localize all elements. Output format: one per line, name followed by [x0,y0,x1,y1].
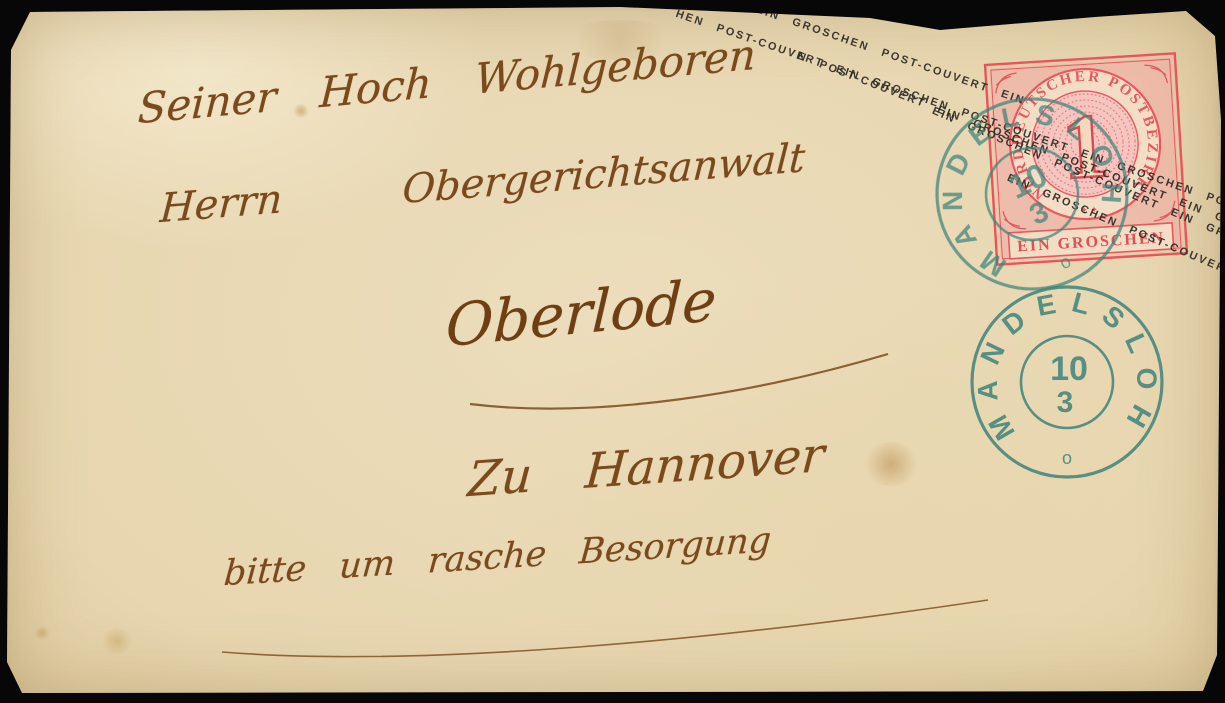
envelope: 1 NORDDEUTSCHER POSTBEZIRK ✦ ✦ EIN GROSC… [0,0,1225,703]
postmark-month: 3 [1024,195,1053,232]
toning-stain [34,626,50,640]
address-line-honorific: Seiner Hoch Wohlgeboren [137,30,757,133]
postmark-day: 10 [1003,156,1054,207]
toning-stain [862,442,920,486]
address-line-recipient-title: Herrn Obergerichtsanwalt [159,135,807,232]
postmark-bottom-letter: o [1062,448,1072,468]
address-line-destination: Zu Hannover [466,427,826,508]
photograph-of-envelope: 1 NORDDEUTSCHER POSTBEZIRK ✦ ✦ EIN GROSC… [0,0,1225,703]
postmark-day: 10 [1050,350,1088,388]
postmark-mandelsloh: MANDELSLOH 10 3 o [962,277,1172,487]
postmark-bottom-letter: o [1056,251,1074,273]
underline-flourish-note [222,600,988,657]
postmark-month: 3 [1057,386,1074,419]
toning-stain [100,628,134,654]
underline-flourish-name [470,354,888,409]
address-line-recipient-name: Oberlode [445,266,718,361]
delivery-note: bitte um rasche Besorgung [222,520,772,594]
